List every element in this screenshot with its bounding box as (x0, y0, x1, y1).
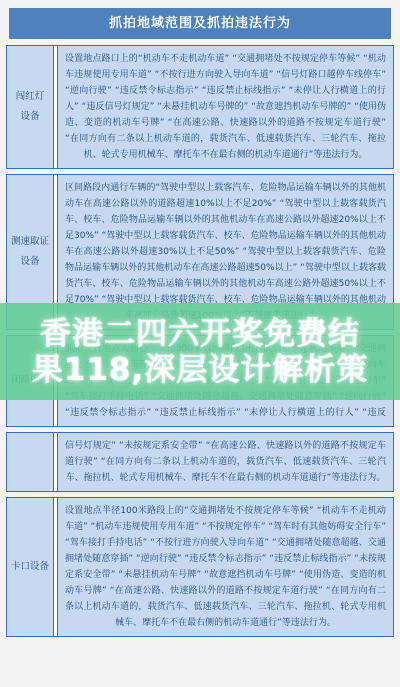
violation-text: 设置地点半径100米路段上的“交通拥堵处不按规定停车等候” “机动车不走机动车道… (57, 498, 393, 636)
page: 抓拍地域范围及抓拍违法行为 闯红灯 设备 设置地点路口上的“机动车不走机动车道”… (0, 0, 400, 687)
table-row: 卡口设备 设置地点半径100米路段上的“交通拥堵处不按规定停车等候” “机动车不… (6, 497, 394, 637)
device-name-cell (7, 433, 54, 491)
watermark-overlay: 香港二四六开奖免费结 果118,深层设计解析策 (0, 303, 400, 400)
watermark-line1: 香港二四六开奖免费结 (40, 316, 360, 352)
table-row: 信号灯规定” “未按规定系安全带” “在高速公路、快速路以外的道路不按规定车道行… (6, 432, 394, 492)
table-row: 闯红灯 设备 设置地点路口上的“机动车不走机动车道” “交通拥堵处不按规定停车等… (6, 45, 394, 169)
violation-text: 信号灯规定” “未按规定系安全带” “在高速公路、快速路以外的道路不按规定车道行… (57, 433, 393, 491)
watermark-line2: 果118,深层设计解析策 (32, 352, 369, 388)
violation-text: 设置地点路口上的“机动车不走机动车道” “交通拥堵处不按规定停车等候” “机动车… (57, 46, 393, 168)
table-title: 抓拍地域范围及抓拍违法行为 (9, 8, 391, 39)
device-name-cell: 闯红灯 设备 (7, 46, 54, 168)
device-name-cell: 卡口设备 (7, 498, 54, 636)
